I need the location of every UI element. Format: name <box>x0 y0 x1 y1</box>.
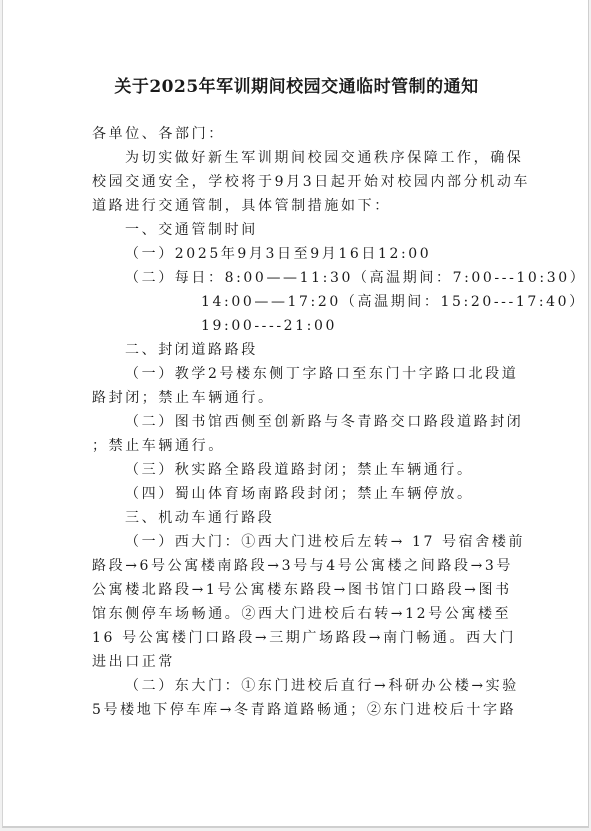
paragraph-line: 校园交通安全，学校将于9月3日起开始对校园内部分机动车 <box>92 173 530 191</box>
paragraph-line: 道路进行交通管制，具体管制措施如下： <box>92 197 391 215</box>
paragraph-line: 各单位、各部门： <box>92 125 225 143</box>
paragraph-line: （二）每日：8:00——11:30（高温期间：7:00---10:30） <box>125 269 586 287</box>
paragraph-line: 路封闭；禁止车辆通行。 <box>92 389 275 407</box>
document-title: 关于2025年军训期间校园交通临时管制的通知 <box>3 76 590 98</box>
paragraph-line: （一）2025年9月3日至9月16日12:00 <box>125 245 431 263</box>
paragraph-line: 为切实做好新生军训期间校园交通秩序保障工作，确保 <box>125 149 523 167</box>
paragraph-line: ；禁止车辆通行。 <box>92 437 225 455</box>
paragraph-line: 14:00——17:20（高温期间：15:20---17:40） <box>201 293 586 311</box>
paragraph-line: （三）秋实路全路段道路封闭；禁止车辆通行。 <box>125 461 474 479</box>
paragraph-line: （一）西大门：①西大门进校后左转→ 17 号宿舍楼前 <box>125 533 525 551</box>
document-page: 关于2025年军训期间校园交通临时管制的通知 各单位、各部门：为切实做好新生军训… <box>2 0 589 828</box>
paragraph-line: 5号楼地下停车库→冬青路道路畅通；②东门进校后十字路 <box>92 701 516 719</box>
paragraph-line: 进出口正常 <box>92 653 175 671</box>
paragraph-line: （二）东大门：①东门进校后直行→科研办公楼→实验 <box>125 677 519 695</box>
paragraph-line: （一）教学2号楼东侧丁字路口至东门十字路口北段道 <box>125 365 518 383</box>
paragraph-line: （二）图书馆西侧至创新路与冬青路交口路段道路封闭 <box>125 413 523 431</box>
paragraph-line: 二、封闭道路路段 <box>125 341 258 359</box>
paragraph-line: 16 号公寓楼门口路段→三期广场路段→南门畅通。西大门 <box>92 629 516 647</box>
paragraph-line: 路段→6号公寓楼南路段→3号与4号公寓楼之间路段→3号 <box>92 557 513 575</box>
paragraph-line: 一、交通管制时间 <box>125 221 258 239</box>
paragraph-line: 三、机动车通行路段 <box>125 509 274 527</box>
paragraph-line: （四）蜀山体育场南路段封闭；禁止车辆停放。 <box>125 485 474 503</box>
paragraph-line: 19:00----21:00 <box>201 317 337 335</box>
paragraph-line: 馆东侧停车场畅通。②西大门进校后右转→12号公寓楼至 <box>92 605 511 623</box>
paragraph-line: 公寓楼北路段→1号公寓楼东路段→图书馆门口路段→图书 <box>92 581 512 599</box>
